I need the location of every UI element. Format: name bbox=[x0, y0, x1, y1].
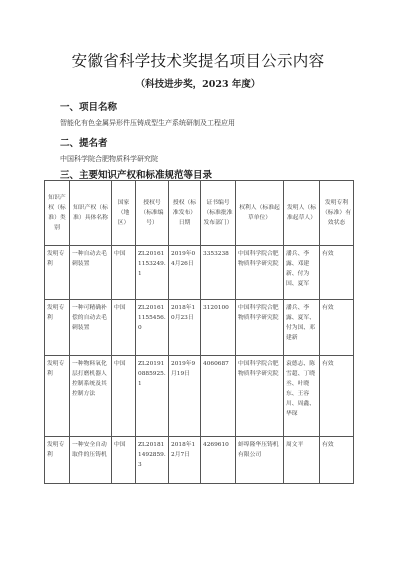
cell-country: 中国 bbox=[112, 437, 136, 484]
cell-owner: 中国科学院合肥物质科学研究院 bbox=[236, 246, 284, 300]
cell-grant-no: ZL201611155456.0 bbox=[136, 300, 169, 356]
cell-name: 一种自动去毛刺装置 bbox=[70, 246, 112, 300]
cell-status: 有效 bbox=[320, 246, 354, 300]
cell-category: 发明专利 bbox=[45, 356, 70, 437]
section-heading-project-name: 一、项目名称 bbox=[60, 99, 117, 113]
nominator-text: 中国科学院合肥物质科学研究院 bbox=[60, 154, 158, 164]
table-row: 发明专利 一种安全自动取件的压铸机 中国 ZL201811492859.3 20… bbox=[45, 437, 354, 484]
table-row: 发明专利 一种可精确补偿的自动去毛刺装置 中国 ZL201611155456.0… bbox=[45, 300, 354, 356]
cell-name: 一种物料氧化层打磨机器人控制系统及其控制方法 bbox=[70, 356, 112, 437]
table-row: 发明专利 一种自动去毛刺装置 中国 ZL201611153249.1 2019年… bbox=[45, 246, 354, 300]
cell-cert-no: 4269610 bbox=[201, 437, 236, 484]
cell-country: 中国 bbox=[112, 246, 136, 300]
ip-table: 知识产权（标准）类别 知识产权（标准）具体名称 国家（地区） 授权号（标准编号）… bbox=[44, 180, 354, 484]
cell-grant-no: ZL201811492859.3 bbox=[136, 437, 169, 484]
header-owner: 权利人（标准起草单位） bbox=[236, 181, 284, 246]
cell-status: 有效 bbox=[320, 356, 354, 437]
header-category: 知识产权（标准）类别 bbox=[45, 181, 70, 246]
header-cert-no: 证书编号（标准批准发布部门） bbox=[201, 181, 236, 246]
cell-owner: 中国科学院合肥物质科学研究院 bbox=[236, 356, 284, 437]
cell-date: 2018年10月23日 bbox=[169, 300, 201, 356]
header-inventors: 发明人（标准起草人） bbox=[284, 181, 320, 246]
page-title: 安徽省科学技术奖提名项目公示内容 bbox=[0, 49, 396, 71]
cell-country: 中国 bbox=[112, 356, 136, 437]
cell-category: 发明专利 bbox=[45, 300, 70, 356]
cell-owner: 蚌埠隆华压铸机有限公司 bbox=[236, 437, 284, 484]
table-header-row: 知识产权（标准）类别 知识产权（标准）具体名称 国家（地区） 授权号（标准编号）… bbox=[45, 181, 354, 246]
table-row: 发明专利 一种物料氧化层打磨机器人控制系统及其控制方法 中国 ZL2019108… bbox=[45, 356, 354, 437]
cell-owner: 中国科学院合肥物质科学研究院 bbox=[236, 300, 284, 356]
header-name: 知识产权（标准）具体名称 bbox=[70, 181, 112, 246]
cell-inventors: 周文平 bbox=[284, 437, 320, 484]
header-status: 发明专利（标准）有效状态 bbox=[320, 181, 354, 246]
cell-cert-no: 4060687 bbox=[201, 356, 236, 437]
header-date: 授权（标准发布）日期 bbox=[169, 181, 201, 246]
cell-category: 发明专利 bbox=[45, 246, 70, 300]
cell-inventors: 潘兵、李露、夏军、付为国、邓建新 bbox=[284, 300, 320, 356]
header-country: 国家（地区） bbox=[112, 181, 136, 246]
cell-grant-no: ZL201611153249.1 bbox=[136, 246, 169, 300]
cell-country: 中国 bbox=[112, 300, 136, 356]
cell-category: 发明专利 bbox=[45, 437, 70, 484]
page-subtitle: （科技进步奖，2023 年度） bbox=[0, 76, 396, 90]
header-grant-no: 授权号（标准编号） bbox=[136, 181, 169, 246]
cell-name: 一种可精确补偿的自动去毛刺装置 bbox=[70, 300, 112, 356]
cell-date: 2018年12月7日 bbox=[169, 437, 201, 484]
project-name-text: 智能化有色金属异形件压铸成型生产系统研制及工程应用 bbox=[60, 118, 235, 128]
section-heading-ip-list: 三、主要知识产权和标准规范等目录 bbox=[60, 167, 212, 181]
cell-inventors: 潘兵、李露、邓建新、付为国、夏军 bbox=[284, 246, 320, 300]
cell-status: 有效 bbox=[320, 300, 354, 356]
cell-grant-no: ZL201910885925.1 bbox=[136, 356, 169, 437]
cell-cert-no: 3353238 bbox=[201, 246, 236, 300]
section-heading-nominator: 二、提名者 bbox=[60, 135, 108, 149]
cell-date: 2019年04月26日 bbox=[169, 246, 201, 300]
cell-name: 一种安全自动取件的压铸机 bbox=[70, 437, 112, 484]
cell-inventors: 袁德志、陈雪超、丁晓丞、叶晓东、王容川、周鑫、华琛 bbox=[284, 356, 320, 437]
cell-date: 2019年9月19日 bbox=[169, 356, 201, 437]
cell-status: 有效 bbox=[320, 437, 354, 484]
cell-cert-no: 3120100 bbox=[201, 300, 236, 356]
